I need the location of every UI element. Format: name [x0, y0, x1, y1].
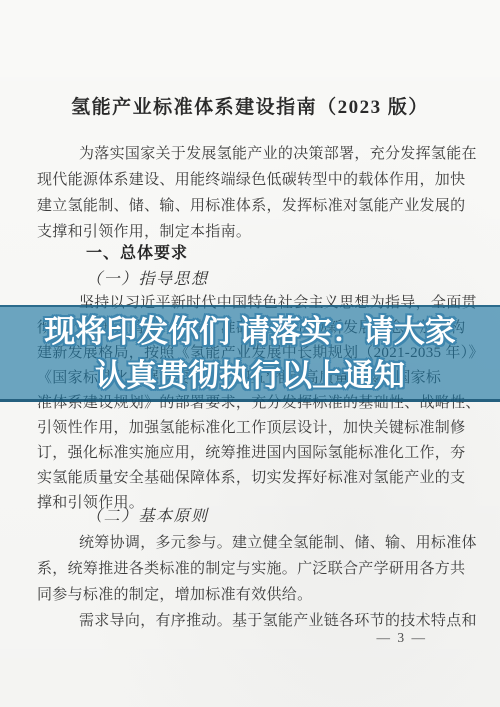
section-heading-text: 一、总体要求: [37, 241, 463, 267]
subsection-heading-principles: （二）基本原则: [37, 504, 463, 530]
document-title: 氢能产业标准体系建设指南（2023 版）: [0, 92, 500, 119]
principles-paragraph: 统筹协调，多元参与。建立健全氢能制、储、输、用标准体 系，统筹推进各类标准的制定…: [37, 530, 463, 634]
subsection-heading-text: （二）基本原则: [37, 504, 463, 530]
body-line: 建立氢能制、储、输、用标准体系，发挥标准对氢能产业发展的: [37, 193, 463, 219]
body-line: 引领性作用，加强氢能标准化工作顶层设计，加快关键标准制修: [37, 416, 463, 441]
body-line: 同参与标准的制定，增加标准有效供给。: [37, 582, 463, 608]
body-line: 订，强化标准实施应用，统筹推进国内国际氢能标准化工作，夯: [37, 441, 463, 466]
overlay-text-line1: 现将印发你们 请落实：请大家: [0, 311, 500, 353]
notice-overlay-band: 现将印发你们 请落实：请大家 认真贯彻执行以上通知: [0, 305, 500, 402]
body-line: 实氢能质量安全基础保障体系，切实发挥好标准对氢能产业的支: [37, 466, 463, 491]
overlay-text-line2: 认真贯彻执行以上通知: [0, 355, 500, 397]
body-line: 现代能源体系建设、用能终端绿色低碳转型中的载体作用，加快: [37, 167, 463, 193]
body-line: 为落实国家关于发展氢能产业的决策部署，充分发挥氢能在: [37, 141, 463, 167]
section-heading-overall: 一、总体要求: [37, 241, 463, 267]
body-line: 统筹协调，多元参与。建立健全氢能制、储、输、用标准体: [37, 530, 463, 556]
body-line: 系，统筹推进各类标准的制定与实施。广泛联合产学研用各方共: [37, 556, 463, 582]
scanned-document-page: 氢能产业标准体系建设指南（2023 版） 为落实国家关于发展氢能产业的决策部署，…: [0, 0, 500, 707]
page-number: — 3 —: [377, 630, 428, 646]
subsection-heading-text: （一）指导思想: [37, 267, 463, 293]
intro-paragraph: 为落实国家关于发展氢能产业的决策部署，充分发挥氢能在 现代能源体系建设、用能终端…: [37, 141, 463, 245]
subsection-heading-guiding: （一）指导思想: [37, 267, 463, 293]
